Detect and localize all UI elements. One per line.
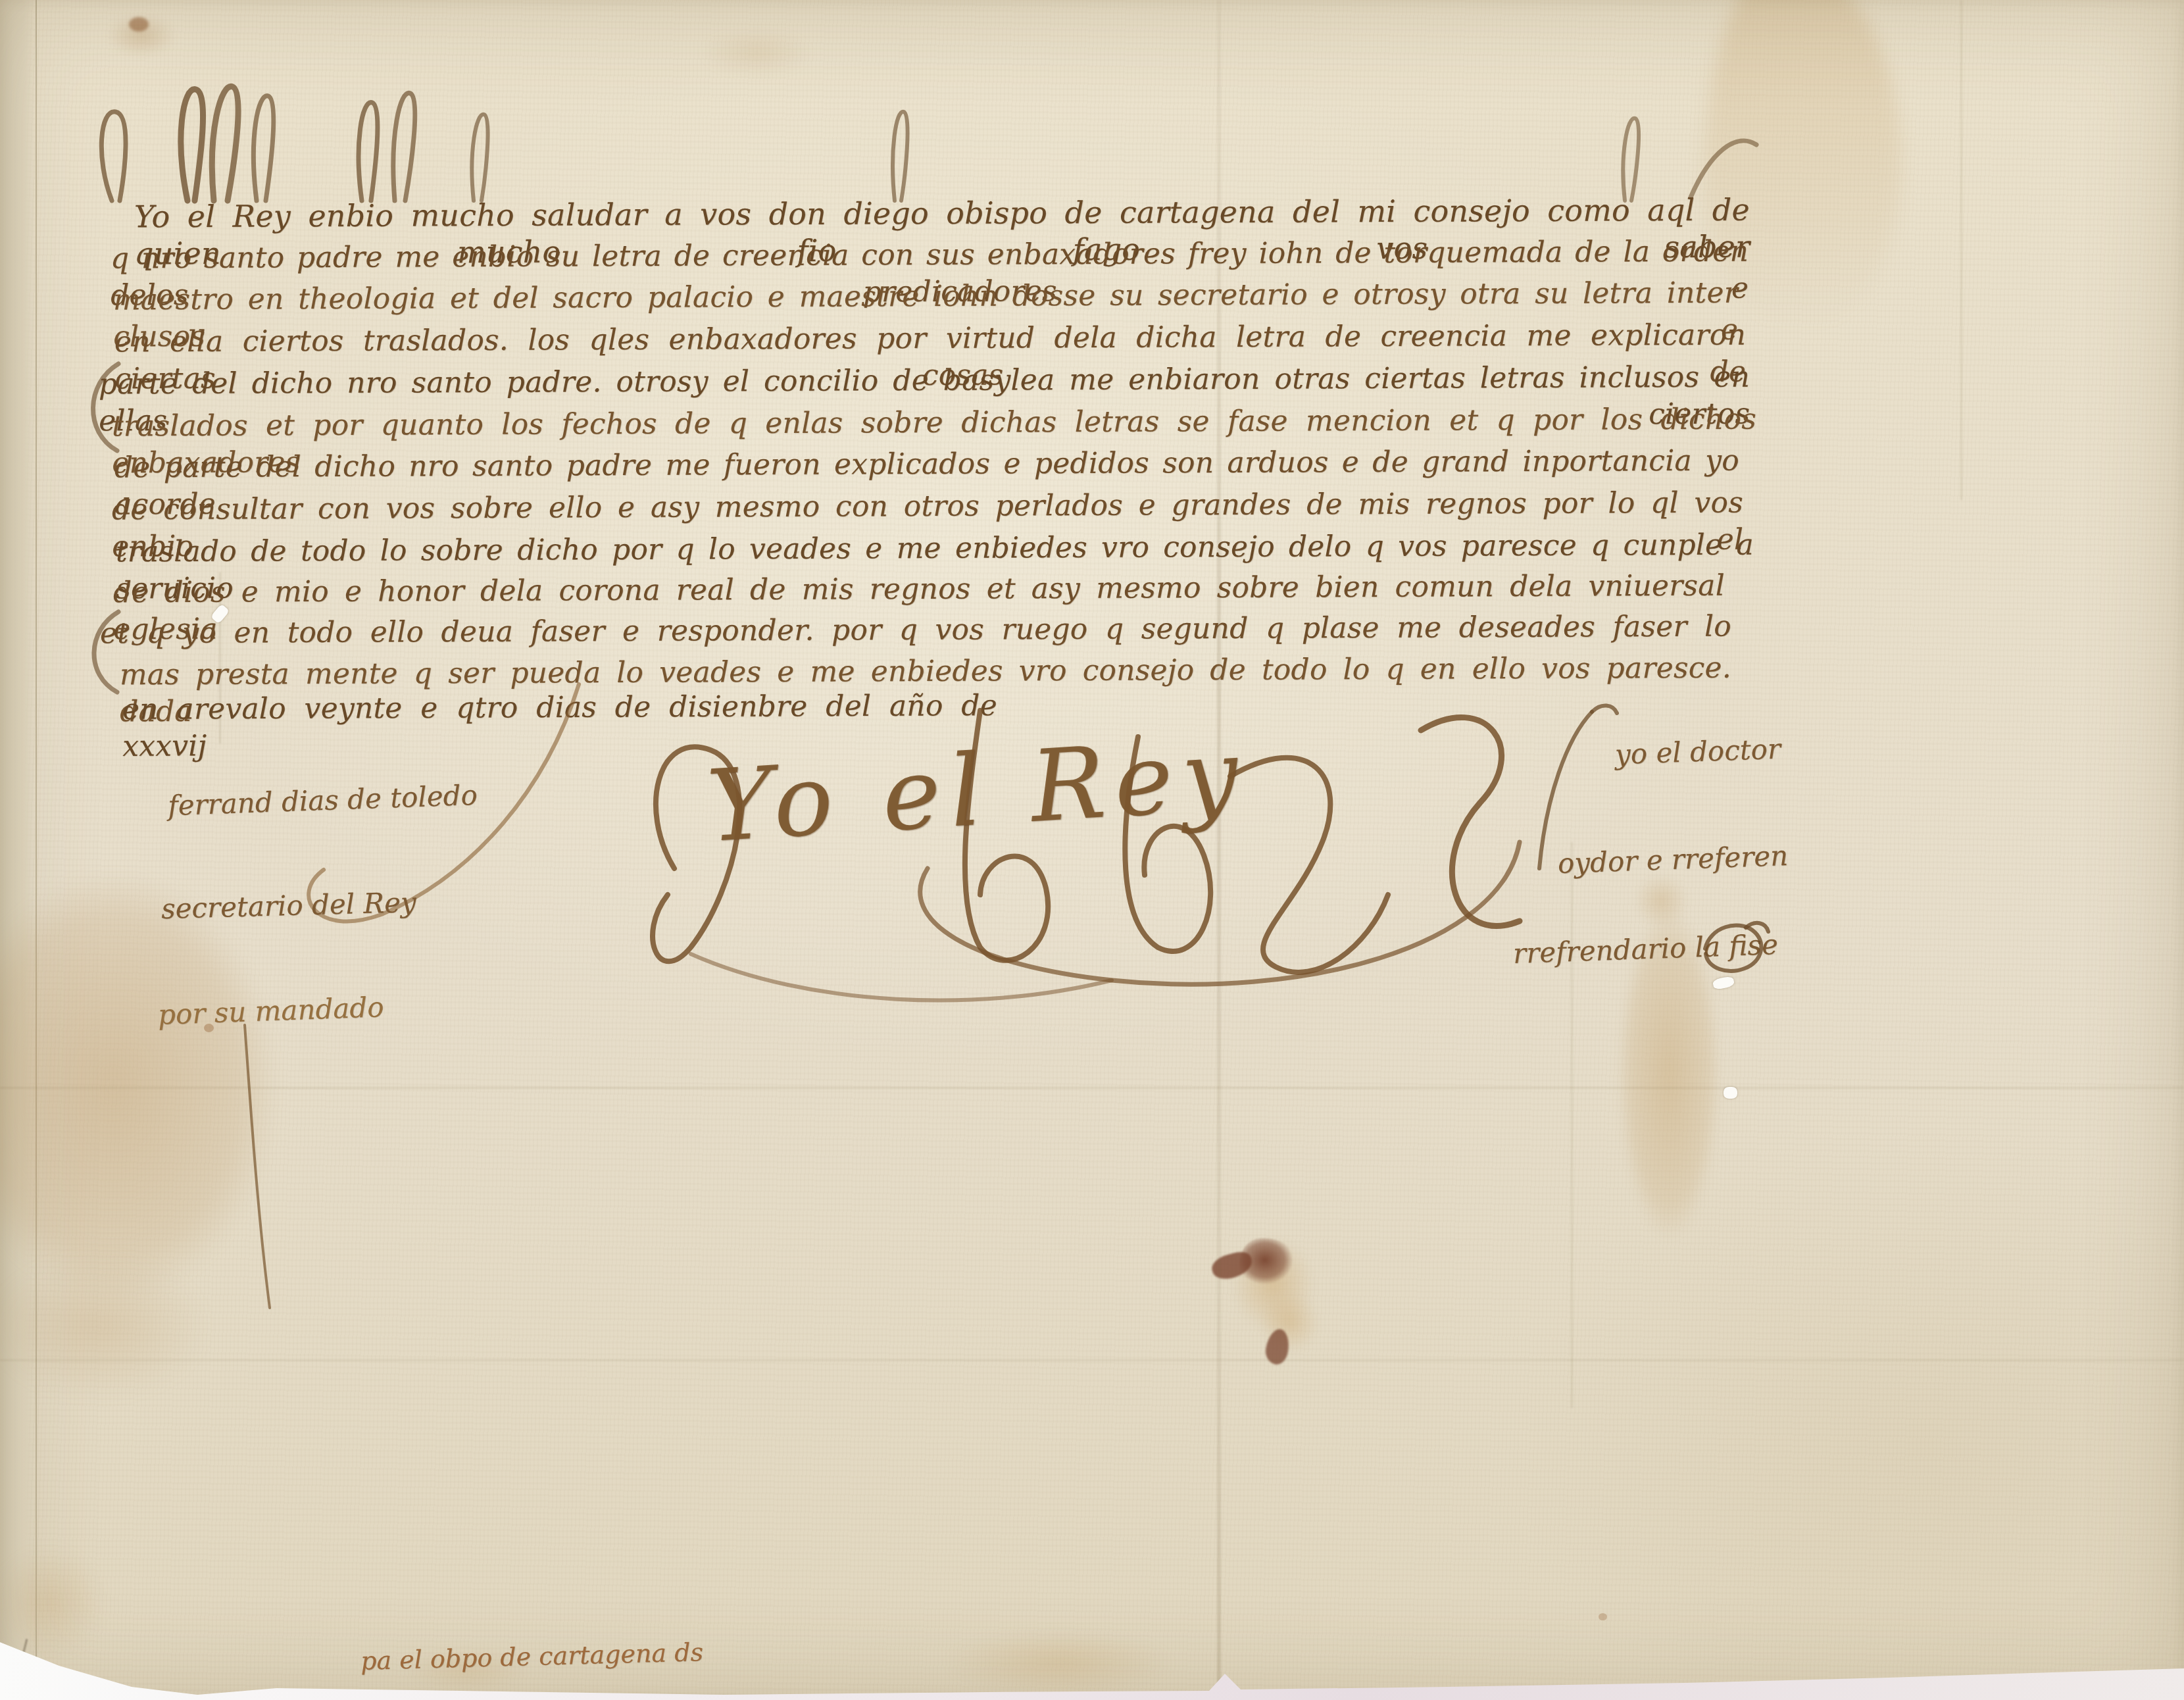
manuscript-line: et q yo en todo ello deua faser e respon… (100, 609, 1731, 653)
paper-sheet: Yo el Rey enbio mucho saludar a vos don … (0, 0, 2184, 1700)
chancery-note-rubric-circle (1697, 916, 1776, 978)
seal-stain-dark (1239, 1238, 1296, 1287)
seal-stain-wing (1209, 1249, 1254, 1283)
ascender-flourishes (92, 72, 1763, 204)
scan-canvas: Yo el Rey enbio mucho saludar a vos don … (0, 0, 2184, 1700)
seal-stain-halo (1216, 1225, 1331, 1357)
chancery-note-doctor: yo el doctor (1614, 733, 1781, 772)
fold-crease-vertical-right-top (1960, 0, 1962, 500)
stain-bottom-center (921, 1622, 1197, 1696)
fold-crease-horizontal-2 (0, 1359, 2184, 1361)
secretary-note-title: secretario del Rey (161, 886, 416, 926)
stain-top-left-dot (129, 17, 149, 32)
paper-nick-2 (1724, 1087, 1737, 1099)
stain-top-left (92, 5, 191, 66)
foxing-speck-2 (1599, 1613, 1607, 1620)
secretary-note-descender-stroke (232, 1018, 291, 1314)
fold-crease-horizontal-1 (0, 1087, 2184, 1089)
docket-note: pa el obpo de cartagena ds (360, 1638, 704, 1676)
seal-stain-halo-lower (1249, 1282, 1331, 1364)
paper-left-fold-edge (0, 0, 37, 1700)
